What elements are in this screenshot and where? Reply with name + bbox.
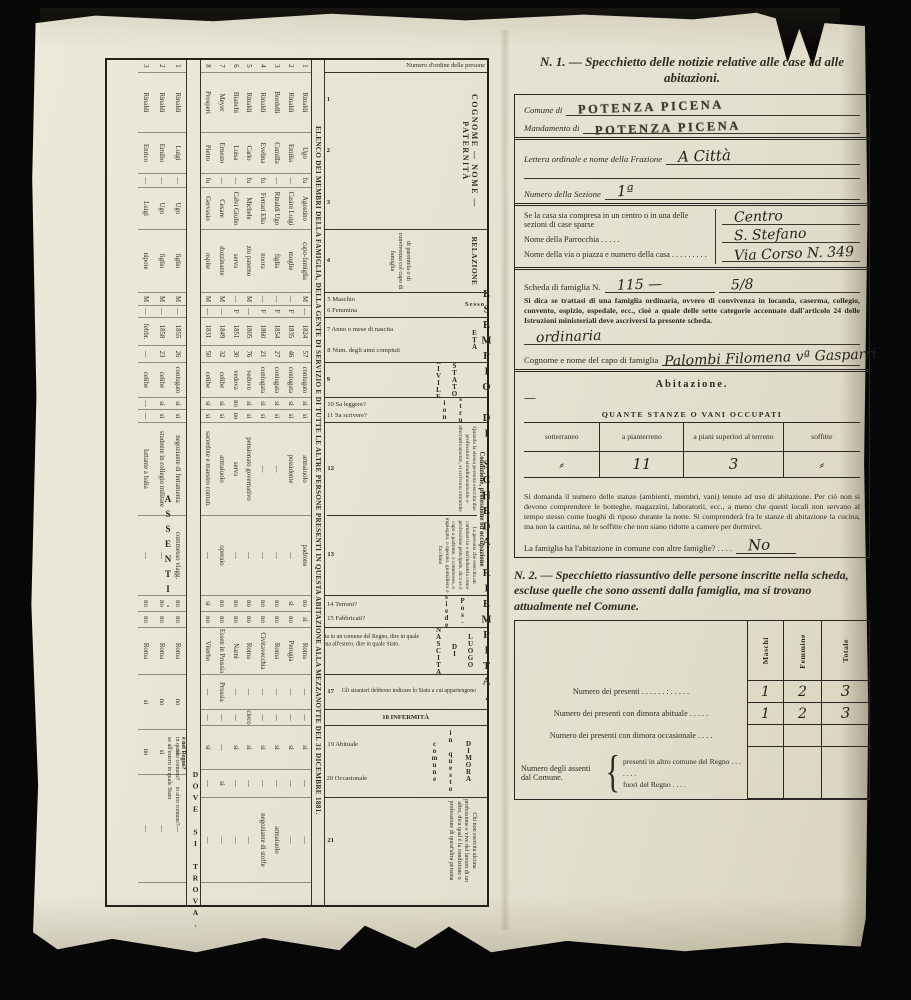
table-cell: — xyxy=(242,516,256,596)
table-cell: no xyxy=(201,612,215,628)
abitazione-title: Abitazione. xyxy=(524,379,860,390)
section-comune: Comune di POTENZA PICENA Mandamento di P… xyxy=(515,95,869,140)
table-cell: Michele xyxy=(242,188,256,230)
table-cell: coniugata xyxy=(256,363,270,398)
table-cell: Luigi xyxy=(138,188,154,230)
header-label: comune xyxy=(429,730,445,793)
centro-label: Se la casa sia compresa in un centro o i… xyxy=(524,211,709,231)
table-cell: Prosperi xyxy=(201,73,215,133)
table-cell: Emilia xyxy=(283,133,297,174)
table-cell: 1854 xyxy=(270,318,284,346)
table-cell: — xyxy=(297,798,311,883)
table-cell: sì xyxy=(242,398,256,410)
col-cognome-nome-paternita: COGNOME — NOME — PATERNITÀ 1 2 3 xyxy=(325,73,487,230)
table-cell: — xyxy=(256,423,270,516)
table-cell: 50 xyxy=(201,346,215,363)
table-row: 1RinaldiUgofuAgostinocapo-famigliaM—1824… xyxy=(297,60,311,905)
table-cell: — xyxy=(214,174,228,188)
table-cell: M xyxy=(214,293,228,306)
table-cell: 1851 xyxy=(228,318,242,346)
value-maschi: 1 xyxy=(761,685,770,699)
table-cell: capo-famiglia xyxy=(297,230,311,293)
capo-label: Cognome e nome del capo di famiglia xyxy=(524,355,658,366)
table-cell: coniugata xyxy=(270,363,284,398)
table-row: 3BordelliCamilla—Rinaldi Ugofiglia—F1854… xyxy=(270,60,284,905)
table-cell: possidente xyxy=(283,423,297,516)
stanze-col-header: a piani superiori al terreno xyxy=(684,423,783,452)
table-cell: 21 xyxy=(256,346,270,363)
header-label: CIVILE xyxy=(433,363,449,398)
table-cell: figlio xyxy=(154,230,170,293)
table-cell: Casini Luigi xyxy=(283,188,297,230)
table-cell: no xyxy=(228,596,242,612)
table-cell: — xyxy=(201,710,215,726)
family-members-rows: 1RinaldiUgofuAgostinocapo-famigliaM—1824… xyxy=(201,60,311,905)
mandamento-stamp: POTENZA PICENA xyxy=(595,118,741,138)
table-row: 7MeyerErnesto—CesaredozzinanteM—184932ce… xyxy=(214,60,228,905)
table-cell: — xyxy=(138,410,154,423)
row-sublabel: fuori del Regno . . . . xyxy=(623,780,686,789)
table-cell: sì xyxy=(242,410,256,423)
header-label: LUOGO xyxy=(465,628,481,675)
table-cell: sì xyxy=(256,398,270,410)
header-sublabel: è nel Regno? xyxy=(180,737,186,887)
table-cell: — xyxy=(201,516,215,596)
header-sublabel: in altro comune? xyxy=(174,786,180,825)
table-cell: sì xyxy=(214,410,228,423)
col-possiede: Pos- siede 14 Terreni? 15 Fabbricati? xyxy=(325,596,487,628)
table-cell: sì xyxy=(201,398,215,410)
table-cell: coniugato xyxy=(170,363,186,398)
table-row: 5RinaldiCarlofuMichelezio paternoM—18057… xyxy=(242,60,256,905)
comune-label: Comune di xyxy=(524,105,562,116)
table-cell: nipote xyxy=(138,230,154,293)
header-label: DIMORA xyxy=(463,730,479,793)
table-cell: 57 xyxy=(297,346,311,363)
col-number: 3 xyxy=(327,199,330,206)
table-cell: sì xyxy=(170,410,186,423)
table-cell: coniugata xyxy=(283,363,297,398)
header-sublabel: 5 Maschio xyxy=(327,296,355,303)
table-cell: Ugo xyxy=(297,133,311,174)
table-cell: — xyxy=(138,775,154,883)
table-cell: sì xyxy=(228,726,242,770)
table-cell: no xyxy=(214,596,228,612)
table-cell: 1831 xyxy=(201,318,215,346)
table-cell: no xyxy=(138,596,154,612)
value-totale: 3 xyxy=(841,684,851,699)
table-cell: 2 xyxy=(154,60,170,73)
table-cell: sì xyxy=(283,410,297,423)
table-cell: armaiuolo xyxy=(214,423,228,516)
table-cell: — xyxy=(297,306,311,318)
table-header-row: Numero d'ordine delle persone COGNOME — … xyxy=(324,60,487,905)
table-cell: Rinaldi xyxy=(138,73,154,133)
table-cell: Luigi xyxy=(170,133,186,174)
header-label: Istru- xyxy=(455,398,471,423)
table-cell: Rinaldi xyxy=(154,73,170,133)
header-label: in questo xyxy=(445,730,461,793)
esempio-vertical-title: ESEMPIO DI SCHEDA RIEMPITA. xyxy=(481,289,492,708)
table-cell: — xyxy=(201,675,215,710)
header-label: DI xyxy=(449,628,465,675)
table-cell: — xyxy=(201,770,215,798)
table-cell: 5 xyxy=(242,60,256,73)
col-number: 12 xyxy=(327,465,334,472)
col-professione: Condizione, professione od occupazione Q… xyxy=(325,423,487,596)
header-label: COGNOME — NOME — PATERNITÀ xyxy=(461,74,479,228)
table-cell: F xyxy=(270,306,284,318)
table-cell: fu xyxy=(256,174,270,188)
header-label: RELAZIONE xyxy=(470,237,479,286)
table-cell: lattante a balia xyxy=(138,423,154,516)
table-cell: sì xyxy=(283,726,297,770)
table-cell: no xyxy=(154,612,170,628)
table-cell: M xyxy=(297,293,311,306)
table-cell: Ugo xyxy=(170,188,186,230)
table-cell: Pietro xyxy=(201,133,215,174)
table-cell: febbr. xyxy=(138,318,154,346)
table-cell: Viterbo xyxy=(201,628,215,675)
table-cell: — xyxy=(214,710,228,726)
right-page: N. 1. — Specchietto delle notizie relati… xyxy=(514,54,870,800)
table-cell: celibe xyxy=(154,363,170,398)
rotated-table-content: Numero d'ordine delle persone COGNOME — … xyxy=(107,60,487,905)
header-note: Quando la stessa persona esercita due pr… xyxy=(456,424,477,512)
header-label: 18 INFERMITÀ xyxy=(383,714,430,721)
table-row: 2RinaldiEmilia—Casini Luigimoglie—F18354… xyxy=(283,60,297,905)
table-cell: — xyxy=(242,306,256,318)
table-cell: Rinaldi Ugo xyxy=(270,188,284,230)
table-cell: M xyxy=(242,293,256,306)
table-cell: — xyxy=(170,306,186,318)
stanze-col-header: soffitte xyxy=(784,423,860,452)
table-cell: Essen in Prussia xyxy=(214,628,228,675)
frazione-label: Lettera ordinale e nome della Frazione xyxy=(524,154,662,165)
table-cell: 27 xyxy=(270,346,284,363)
table-cell: Ernesto xyxy=(214,133,228,174)
section-abitazione: Abitazione. — QUANTE STANZE O VANI OCCUP… xyxy=(515,372,869,556)
table-cell: Roma xyxy=(242,628,256,675)
table-cell: sì xyxy=(297,726,311,770)
header-label: Numero d'ordine delle persone xyxy=(406,62,485,69)
table-cell: Ugo xyxy=(154,188,170,230)
table-cell: — xyxy=(256,516,270,596)
table-cell: 1824 xyxy=(297,318,311,346)
table-cell: no xyxy=(228,410,242,423)
header-sublabel: 20 Occasionale xyxy=(327,775,367,782)
table-cell: 26 xyxy=(170,346,186,363)
table-cell: — xyxy=(214,726,228,770)
header-sublabel: in questo comune? xyxy=(174,737,180,780)
table-cell: — xyxy=(270,293,284,306)
table-cell: sì xyxy=(214,770,228,798)
table-row: 8ProsperiPietrofuGervasioospiteM—183150c… xyxy=(201,60,215,905)
col-header-femmine: Femmine xyxy=(798,634,807,669)
table-cell: Prussia xyxy=(214,675,228,710)
table-cell: — xyxy=(297,675,311,710)
col-sesso: Sesso 5 Maschio 6 Femmina xyxy=(325,293,487,318)
col-dimora: DIMORA in questo comune 19 Abituale 20 O… xyxy=(325,726,487,798)
table-cell: 8 xyxy=(201,60,215,73)
table-cell: celibe xyxy=(201,363,215,398)
col-stranieri: Gli stranieri debbono indicare lo Stato … xyxy=(325,675,487,710)
table-cell: — xyxy=(283,710,297,726)
table-cell: — xyxy=(283,516,297,596)
row-label: Numero dei presenti . . . . . . : . . . … xyxy=(573,687,689,697)
table-cell: sì xyxy=(201,410,215,423)
table-cell: — xyxy=(154,306,170,318)
stanze-col-header: a pianterreno xyxy=(600,423,684,452)
table-cell: — xyxy=(256,675,270,710)
value-maschi: 1 xyxy=(761,707,770,721)
table-cell: sì xyxy=(201,596,215,612)
header-sublabel: 6 Femmina xyxy=(327,307,357,314)
value-totale: 3 xyxy=(841,706,851,721)
table-cell: negoziante di stoffe xyxy=(256,798,270,883)
table-cell: Gervasio xyxy=(201,188,215,230)
table-cell: pensionato governativo xyxy=(242,423,256,516)
table-cell: — xyxy=(283,675,297,710)
table-cell: sì xyxy=(154,398,170,410)
table-cell: — xyxy=(228,770,242,798)
comune-question-handwritten: No xyxy=(748,537,771,553)
table-cell: — xyxy=(270,675,284,710)
stanze-value: 3 xyxy=(729,457,739,472)
table-cell: Meyer xyxy=(214,73,228,133)
table-cell: no xyxy=(170,675,186,730)
col-number: 2 xyxy=(327,147,330,154)
table-cell: — xyxy=(228,293,242,306)
table-cell: — xyxy=(201,798,215,883)
table-cell: figlio xyxy=(170,230,186,293)
table-cell: — xyxy=(283,174,297,188)
table-cell: — xyxy=(138,174,154,188)
table-cell: Luisa xyxy=(228,133,242,174)
header-label: zione xyxy=(439,398,455,423)
mandamento-label: Mandamento di xyxy=(524,123,579,134)
table-cell: celibe xyxy=(214,363,228,398)
capo-handwritten: Palombi Filomena vª Gasparri xyxy=(664,348,877,369)
header-sublabel: 14 Terreni? xyxy=(327,601,357,608)
col-eta: ETÀ 7 Anno o mese di nascita 8 Num. degl… xyxy=(325,318,487,363)
n2-title: N. 2. — Specchietto riassuntivo delle pe… xyxy=(514,568,870,615)
table-cell: — xyxy=(138,516,154,596)
parrocchia-label: Nome della Parrocchia . . . . . xyxy=(524,235,709,245)
table-cell: nuora xyxy=(256,230,270,293)
col-number: 1 xyxy=(327,96,330,103)
table-cell: 1 xyxy=(170,60,186,73)
col-infermita: 18 INFERMITÀ xyxy=(325,710,487,726)
table-cell: 1835 xyxy=(283,318,297,346)
value-femmine: 2 xyxy=(798,685,807,699)
header-label: NASCITA xyxy=(433,628,449,675)
table-cell: 3 xyxy=(270,60,284,73)
table-cell: 6 xyxy=(228,60,242,73)
table-cell: — xyxy=(228,516,242,596)
table-cell: sì xyxy=(283,398,297,410)
section-frazione: Lettera ordinale e nome della Frazione A… xyxy=(515,140,869,206)
col-header-maschi: Maschi xyxy=(761,637,770,664)
table-cell: M xyxy=(138,293,154,306)
table-cell: dozzinante xyxy=(214,230,228,293)
table-cell: — xyxy=(242,770,256,798)
table-cell: Roma xyxy=(297,628,311,675)
table-cell: no xyxy=(283,612,297,628)
table-cell: sì xyxy=(270,410,284,423)
table-cell: — xyxy=(138,398,154,410)
table-row: 3RinaldiEnrico—LuiginipoteM—febbr.—celib… xyxy=(138,60,154,905)
comune-question-label: La famiglia ha l'abitazione in comune co… xyxy=(524,544,732,554)
abitazione-dash: — xyxy=(524,392,860,404)
table-cell: Narni xyxy=(228,628,242,675)
table-cell: Roma xyxy=(170,628,186,675)
table-cell: Bianchi xyxy=(228,73,242,133)
table-cell: Roma xyxy=(138,628,154,675)
table-cell: Rinaldi xyxy=(242,73,256,133)
table-cell: celibe xyxy=(138,363,154,398)
esempio-table: Numero d'ordine delle persone COGNOME — … xyxy=(105,58,489,907)
table-cell: Carlo xyxy=(242,133,256,174)
table-cell: — xyxy=(242,675,256,710)
stanze-value: ⸗ xyxy=(559,458,564,472)
n2-table: Maschi Femmine Totale Numero dei present… xyxy=(514,620,870,800)
table-cell: armaiuolo xyxy=(270,798,284,883)
parrocchia-handwritten: S. Stefano xyxy=(734,227,807,244)
table-cell: padrone xyxy=(297,516,311,596)
table-cell: no xyxy=(270,612,284,628)
col-relazione: RELAZIONE di parentela o di convivenza c… xyxy=(325,230,487,293)
scheda-handwritten-2: 5/8 xyxy=(730,277,753,292)
header-label: STATO xyxy=(449,363,465,398)
page-fold-crease xyxy=(500,30,510,930)
table-cell: no xyxy=(138,612,154,628)
header-sublabel: 11 Sa scrivere? xyxy=(327,412,367,419)
stanze-value: 11 xyxy=(632,457,651,472)
table-cell: Rinaldi xyxy=(283,73,297,133)
table-cell: Roma xyxy=(270,628,284,675)
table-cell: no xyxy=(228,612,242,628)
n1-form-box: Comune di POTENZA PICENA Mandamento di P… xyxy=(514,94,870,558)
stanze-nota: Si domanda il numero delle stanze (ambie… xyxy=(524,492,860,533)
table-cell: cieco xyxy=(242,710,256,726)
table-cell: no xyxy=(242,612,256,628)
table-cell: M xyxy=(170,293,186,306)
table-cell: 1805 xyxy=(242,318,256,346)
table-cell: 46 xyxy=(283,346,297,363)
table-cell: no xyxy=(214,612,228,628)
table-cell: Roma xyxy=(154,628,170,675)
table-cell: no xyxy=(256,612,270,628)
paper-shading xyxy=(40,8,840,50)
table-cell: — xyxy=(228,798,242,883)
table-cell: — xyxy=(283,770,297,798)
table-cell: — xyxy=(214,798,228,883)
table-cell: Cesare xyxy=(214,188,228,230)
row-label: Numero degli assenti dal Comune. xyxy=(521,764,603,784)
table-cell: 1858 xyxy=(154,318,170,346)
table-cell: 1855 xyxy=(170,318,186,346)
table-cell: fu xyxy=(242,174,256,188)
table-cell: Perugia xyxy=(283,628,297,675)
table-cell: no xyxy=(270,596,284,612)
table-cell: — xyxy=(154,174,170,188)
table-cell: vedovo xyxy=(242,363,256,398)
header-sublabel: se all'estero in quale Stato xyxy=(166,737,172,887)
table-cell: — xyxy=(270,770,284,798)
famiglia-handwritten: ordinaria xyxy=(536,329,602,345)
table-cell: 4 xyxy=(256,60,270,73)
comune-stamp: POTENZA PICENA xyxy=(578,97,724,117)
table-cell: — xyxy=(228,710,242,726)
sezione-handwritten: 1ª xyxy=(617,183,634,199)
dove-vertical-title: DOVE SI TROVA. xyxy=(191,770,200,931)
header-label: Pos- xyxy=(457,596,473,628)
header-sublabel: 15 Fabbricati? xyxy=(327,615,365,622)
table-cell: — xyxy=(283,293,297,306)
n1-title: N. 1. — Specchietto delle notizie relati… xyxy=(514,54,870,87)
census-scan: Numero d'ordine delle persone COGNOME — … xyxy=(0,0,911,1000)
col-stato-civile: STATO CIVILE 9 xyxy=(325,363,487,398)
table-cell: — xyxy=(214,306,228,318)
stanze-value: ⸗ xyxy=(819,458,824,472)
elenco-banner: ELENCO DEI MEMBRI DELLA FAMIGLIA, DELLA … xyxy=(311,60,324,905)
table-cell: 1849 xyxy=(214,318,228,346)
table-cell: — xyxy=(297,770,311,798)
table-cell: no xyxy=(242,596,256,612)
table-cell: 3 xyxy=(138,60,154,73)
table-cell: M xyxy=(154,293,170,306)
stanze-col-header: sotterraneo xyxy=(524,423,600,452)
table-cell: Emilio xyxy=(154,133,170,174)
centro-handwritten: Centro xyxy=(734,209,783,225)
table-cell: — xyxy=(228,174,242,188)
table-cell: no xyxy=(228,398,242,410)
table-cell: sì xyxy=(270,398,284,410)
table-cell: no xyxy=(170,612,186,628)
header-sublabel: 8 Num. degli anni compiuti xyxy=(327,347,400,354)
table-cell: no xyxy=(256,596,270,612)
table-cell: zio paterno xyxy=(242,230,256,293)
header-note: Se la persona è nata in un comune del Re… xyxy=(325,634,433,649)
sezione-label: Numero della Sezione xyxy=(524,189,601,200)
table-cell: 1860 xyxy=(256,318,270,346)
table-cell: sì xyxy=(297,398,311,410)
header-sublabel: 19 Abituale xyxy=(327,741,358,748)
table-cell: ospite xyxy=(201,230,215,293)
table-cell: fu xyxy=(297,174,311,188)
table-cell: Rinaldi xyxy=(170,73,186,133)
table-cell: — xyxy=(270,516,284,596)
table-cell: — xyxy=(270,174,284,188)
via-label: Nome della via o piazza e numero della c… xyxy=(524,250,709,260)
row-label: Numero dei presenti con dimora occasiona… xyxy=(550,731,713,741)
table-cell: sì xyxy=(270,726,284,770)
table-cell: Ferrari Elia xyxy=(256,188,270,230)
header-sublabel: di parentela o di convivenza col capo di… xyxy=(389,231,412,291)
column-numbers: 1 2 3 xyxy=(327,74,461,228)
header-note: Chi non esercita alcuna professione e vi… xyxy=(447,799,477,882)
table-cell: sì xyxy=(256,410,270,423)
table-cell: — xyxy=(256,710,270,726)
header-sublabel: 7 Anno o mese di nascita xyxy=(327,326,393,333)
section-casa: Se la casa sia compresa in un centro o i… xyxy=(515,206,869,270)
col-number: 17 xyxy=(327,688,334,695)
table-cell: M xyxy=(201,293,215,306)
stanze-table: sotterraneo a pianterreno a piani superi… xyxy=(524,422,860,478)
table-cell: — xyxy=(170,174,186,188)
table-cell: fu xyxy=(201,174,215,188)
